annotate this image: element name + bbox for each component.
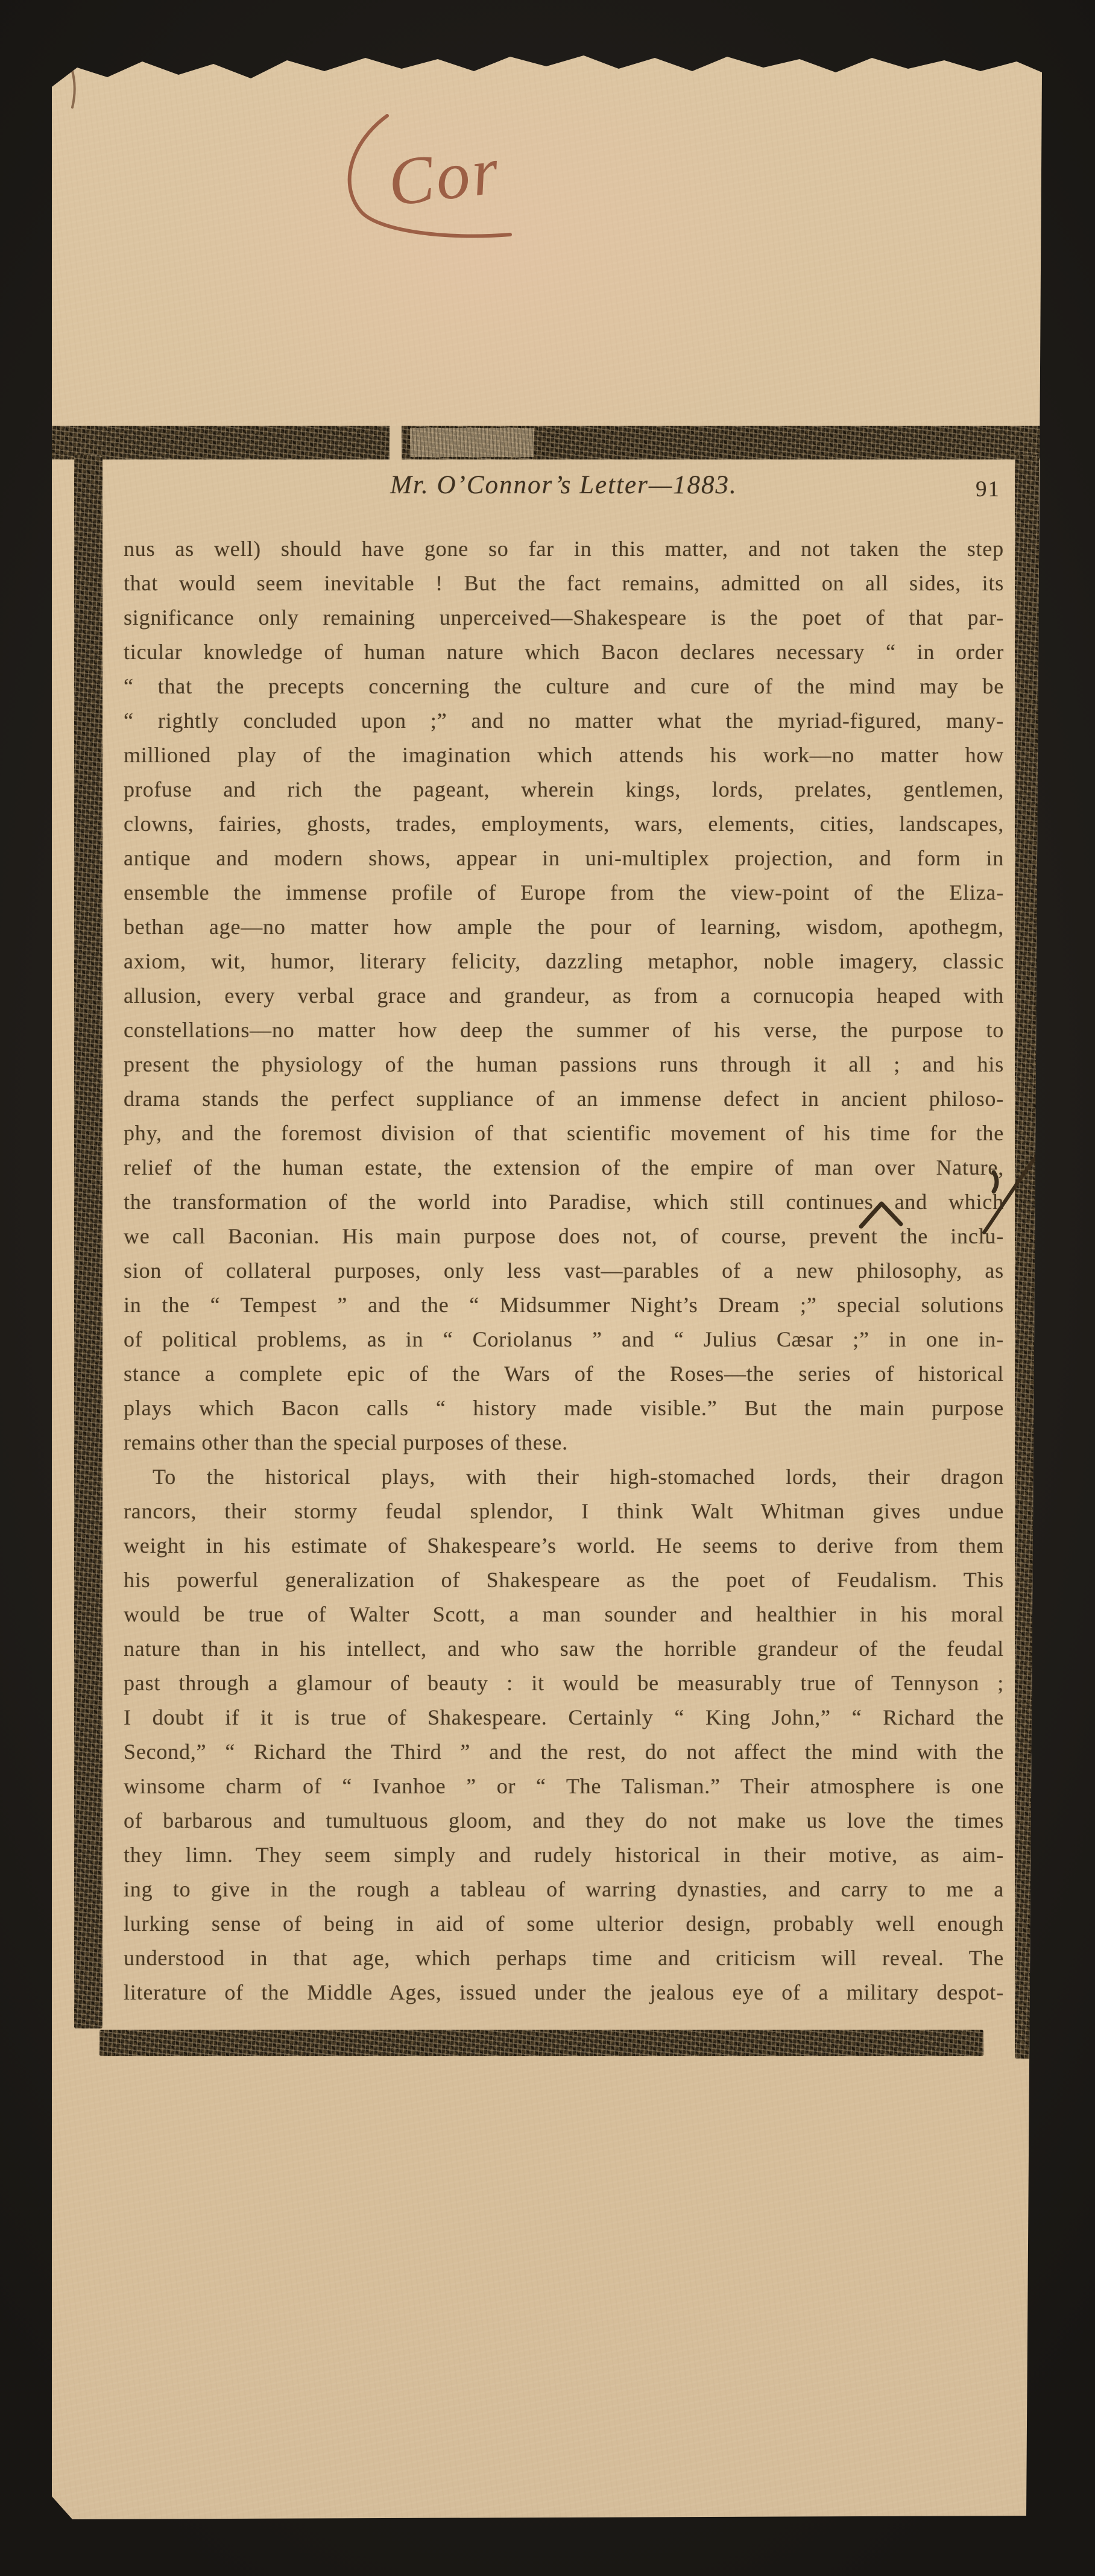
text-line: in the “ Tempest ” and the “ Midsummer N…	[124, 1288, 1004, 1322]
page-number: 91	[976, 476, 1000, 502]
text-line: profuse and rich the pageant, wherein ki…	[124, 772, 1004, 807]
text-line: past through a glamour of beauty : it wo…	[124, 1666, 1004, 1700]
text-line: “ that the precepts concerning the cultu…	[124, 669, 1004, 704]
text-line: antique and modern shows, appear in uni-…	[124, 841, 1004, 876]
text-line: nature than in his intellect, and who sa…	[124, 1632, 1004, 1666]
text-line: constellations—no matter how deep the su…	[124, 1013, 1004, 1047]
text-line: millioned play of the imagination which …	[124, 738, 1004, 772]
scanned-page: Cor Mr. O’Connor’s Letter—1883. 91 nus a…	[52, 49, 1042, 2519]
text-line: significance only remaining unperceived—…	[124, 601, 1004, 635]
text-line: would be true of Walter Scott, a man sou…	[124, 1597, 1004, 1632]
text-line: of barbarous and tumultuous gloom, and t…	[124, 1804, 1004, 1838]
text-line: winsome charm of “ Ivanhoe ” or “ The Ta…	[124, 1769, 1004, 1804]
body-text: nus as well) should have gone so far in …	[124, 532, 1004, 2010]
text-line: I doubt if it is true of Shakespeare. Ce…	[124, 1700, 1004, 1735]
text-line: clowns, fairies, ghosts, trades, employm…	[124, 807, 1004, 841]
decorative-top-border	[52, 426, 1042, 459]
decorative-bottom-border	[99, 2030, 983, 2056]
text-line: phy, and the foremost division of that s…	[124, 1116, 1004, 1151]
page-title: Mr. O’Connor’s Letter—1883.	[124, 470, 1004, 500]
text-line: understood in that age, which perhaps ti…	[124, 1941, 1004, 1975]
text-line: allusion, every verbal grace and grandeu…	[124, 979, 1004, 1013]
text-line: remains other than the special purposes …	[124, 1425, 1004, 1460]
text-line: lurking sense of being in aid of some ul…	[124, 1907, 1004, 1941]
text-line: nus as well) should have gone so far in …	[124, 532, 1004, 566]
text-line: of political problems, as in “ Coriolanu…	[124, 1322, 1004, 1357]
corner-pen-stroke	[68, 59, 75, 107]
border-paper-gap	[390, 426, 402, 459]
text-line: To the historical plays, with their high…	[124, 1460, 1004, 1494]
handwritten-cor-text: Cor	[384, 133, 505, 221]
text-line: plays which Bacon calls “ history made v…	[124, 1391, 1004, 1425]
text-line: that would seem inevitable ! But the fac…	[124, 566, 1004, 601]
text-line: literature of the Middle Ages, issued un…	[124, 1975, 1004, 2010]
text-line: stance a complete epic of the Wars of th…	[124, 1357, 1004, 1391]
text-line: present the physiology of the human pass…	[124, 1047, 1004, 1082]
text-line: bethan age—no matter how ample the pour …	[124, 910, 1004, 944]
border-faded-segment	[410, 428, 534, 457]
decorative-right-border	[1015, 455, 1039, 2059]
text-line: relief of the human estate, the extensio…	[124, 1151, 1004, 1185]
text-line: “ rightly concluded upon ;” and no matte…	[124, 704, 1004, 738]
text-line: the transformation of the world into Par…	[124, 1185, 1004, 1219]
running-head: Mr. O’Connor’s Letter—1883. 91	[124, 470, 1004, 510]
text-line: they limn. They seem simply and rudely h…	[124, 1838, 1004, 1872]
text-line: sion of collateral purposes, only less v…	[124, 1254, 1004, 1288]
decorative-left-border	[74, 455, 103, 2028]
handwritten-paren-curve	[350, 116, 510, 236]
text-line: his powerful generalization of Shakespea…	[124, 1563, 1004, 1597]
text-line: weight in his estimate of Shakespeare’s …	[124, 1529, 1004, 1563]
text-line: axiom, wit, humor, literary felicity, da…	[124, 944, 1004, 979]
text-line: Second,” “ Richard the Third ” and the r…	[124, 1735, 1004, 1769]
text-line: ticular knowledge of human nature which …	[124, 635, 1004, 669]
text-line: ing to give in the rough a tableau of wa…	[124, 1872, 1004, 1907]
text-line: drama stands the perfect suppliance of a…	[124, 1082, 1004, 1116]
text-line: ensemble the immense profile of Europe f…	[124, 876, 1004, 910]
text-line: we call Baconian. His main purpose does …	[124, 1219, 1004, 1254]
text-line: rancors, their stormy feudal splendor, I…	[124, 1494, 1004, 1529]
